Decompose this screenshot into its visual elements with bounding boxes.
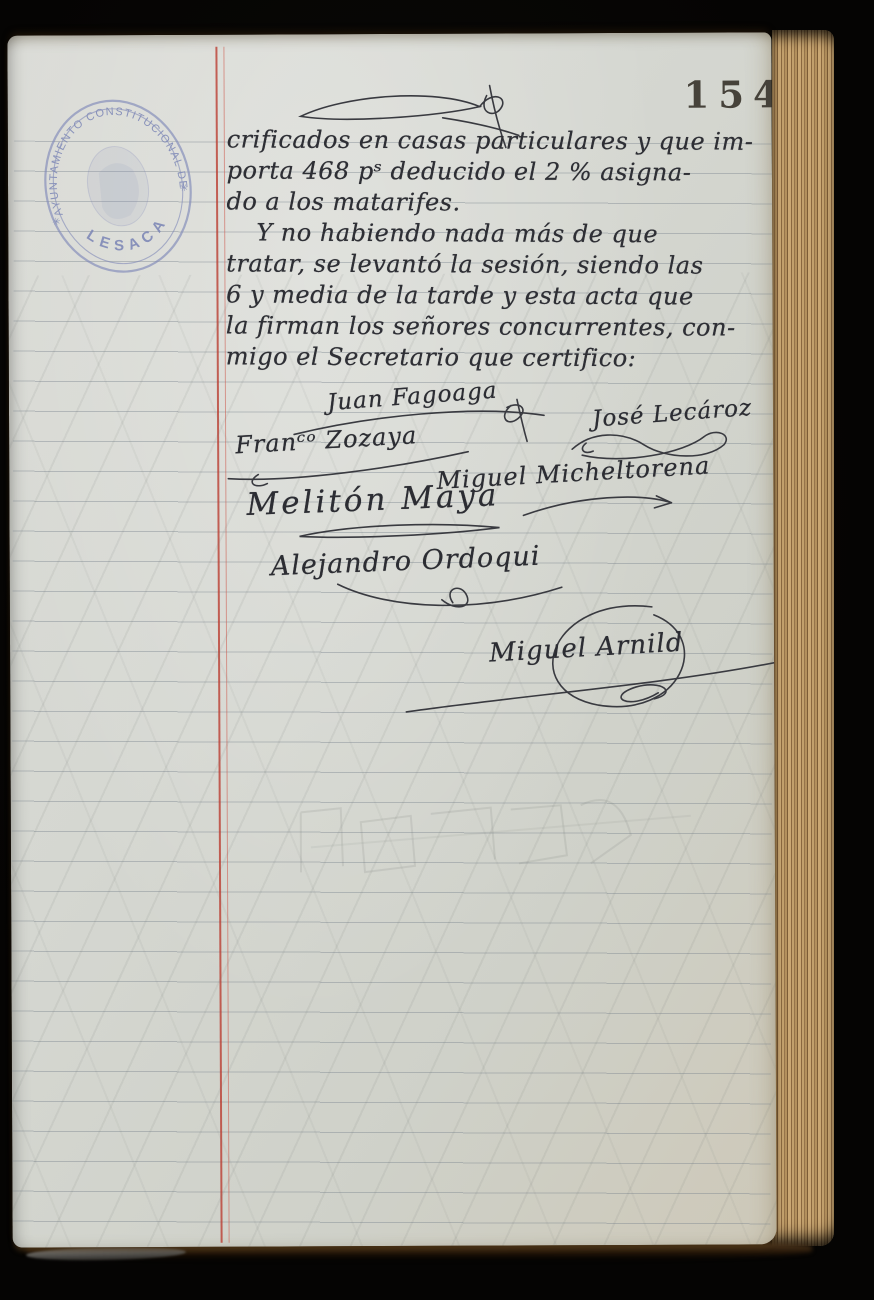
manuscript-line: Y no habiendo nada más de que xyxy=(226,217,754,250)
scanned-book-page: AYUNTAMIENTO CONSTITUCIONAL DE LESACA ✳ … xyxy=(0,0,874,1300)
stamp-star-left: ✳ xyxy=(51,216,62,229)
signature-flourish-icon xyxy=(519,485,689,526)
page-number: 154 xyxy=(684,72,777,116)
manuscript-text-block: crificados en casas particulares y que i… xyxy=(226,124,755,374)
ghost-showthrough-sketch xyxy=(291,791,721,893)
manuscript-sheet: AYUNTAMIENTO CONSTITUCIONAL DE LESACA ✳ … xyxy=(7,32,776,1247)
manuscript-line: porta 468 pˢ deducido el 2 % asigna- xyxy=(227,155,755,188)
manuscript-line: la firman los señores concurrentes, con- xyxy=(226,310,754,343)
manuscript-line: crificados en casas particulares y que i… xyxy=(227,124,755,157)
book-cover-edge xyxy=(832,16,858,1282)
signature-flourish-icon xyxy=(294,518,504,545)
manuscript-line: do a los matarifes. xyxy=(226,186,754,219)
page-stack-fore-edge xyxy=(772,30,834,1246)
manuscript-line: 6 y media de la tarde y esta acta que xyxy=(226,279,754,312)
manuscript-line: migo el Secretario que certifico: xyxy=(226,341,754,374)
manuscript-line: tratar, se levantó la sesión, siendo las xyxy=(226,248,754,281)
